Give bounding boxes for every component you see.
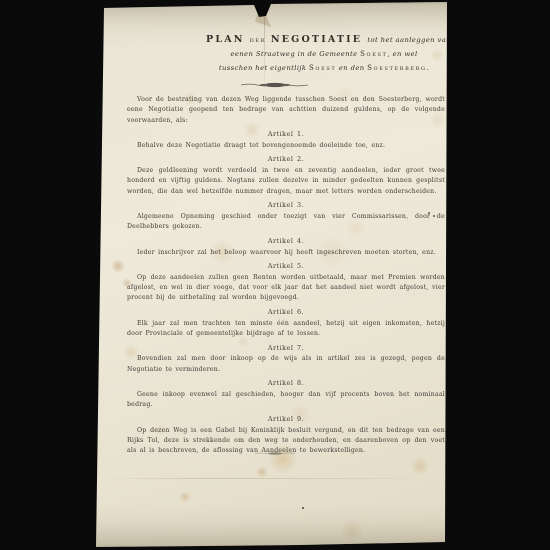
article-3-text: Algemeene Opneming geschied onder toezig… (127, 212, 445, 233)
document-body: Voor de bestrating van dezen Weg liggend… (127, 95, 445, 459)
article-1-heading: Artikel 1. (127, 129, 445, 139)
article-6-heading: Artikel 6. (127, 307, 445, 317)
article-8-heading: Artikel 8. (127, 378, 445, 388)
article-9-heading: Artikel 9. (127, 414, 445, 424)
article-2-text: Deze geldleening wordt verdeeld in twee … (127, 166, 445, 197)
intro-paragraph: Voor de bestrating van dezen Weg liggend… (127, 95, 445, 126)
fold-crease-horizontal (100, 478, 430, 479)
end-flourish-icon (254, 450, 296, 457)
divider-flourish-icon (240, 80, 310, 90)
header-line2-text: eenen Straatweg in de Gemeente (230, 50, 357, 58)
article-5-heading: Artikel 5. (127, 261, 445, 271)
header-line3-mid: en den (339, 64, 365, 72)
header-line-3: tusschen het eigentlijk Soest en den Soe… (206, 61, 442, 75)
article-4-heading: Artikel 4. (127, 236, 445, 246)
header-line3-text: tusschen het eigentlijk (219, 64, 307, 72)
header-soesterberg: Soesterberg (367, 64, 426, 72)
header-line-2: eenen Straatweg in de Gemeente Soest, en… (206, 47, 442, 61)
ink-speck (302, 507, 304, 509)
paper-sheet: PLAN der NEGOTIATIE tot het aanleggen va… (0, 0, 550, 550)
article-5-text: Op deze aandeelen zullen geen Renten wor… (127, 273, 445, 304)
header-soest-1: Soest (360, 50, 387, 58)
header-plan: PLAN (206, 34, 245, 45)
article-4-text: Ieder inschrijver zal het beloop waarvoo… (127, 248, 445, 258)
header-line1-rest: tot het aanleggen van (367, 36, 451, 44)
article-3-heading: Artikel 3. (127, 200, 445, 210)
header-soest-2: Soest (309, 64, 336, 72)
article-2-heading: Artikel 2. (127, 154, 445, 164)
document-header: PLAN der NEGOTIATIE tot het aanleggen va… (206, 30, 442, 75)
paper-tear (255, 14, 271, 27)
header-negotiatie: NEGOTIATIE (271, 34, 362, 45)
article-7-heading: Artikel 7. (127, 343, 445, 353)
header-der: der (250, 36, 266, 44)
header-line2-end: , en wel (387, 50, 417, 58)
article-1-text: Behalve deze Negotiatie draagt tot boven… (127, 141, 445, 151)
article-8-text: Geene inkoop evenwel zal geschieden, hoo… (127, 390, 445, 411)
article-7-text: Bovendien zal men door inkoop op de wijs… (127, 354, 445, 375)
header-line3-period: . (427, 64, 430, 72)
photo-background: PLAN der NEGOTIATIE tot het aanleggen va… (0, 0, 550, 550)
article-6-text: Elk jaar zal men trachten ten minste één… (127, 319, 445, 340)
header-line-1: PLAN der NEGOTIATIE tot het aanleggen va… (206, 30, 442, 47)
